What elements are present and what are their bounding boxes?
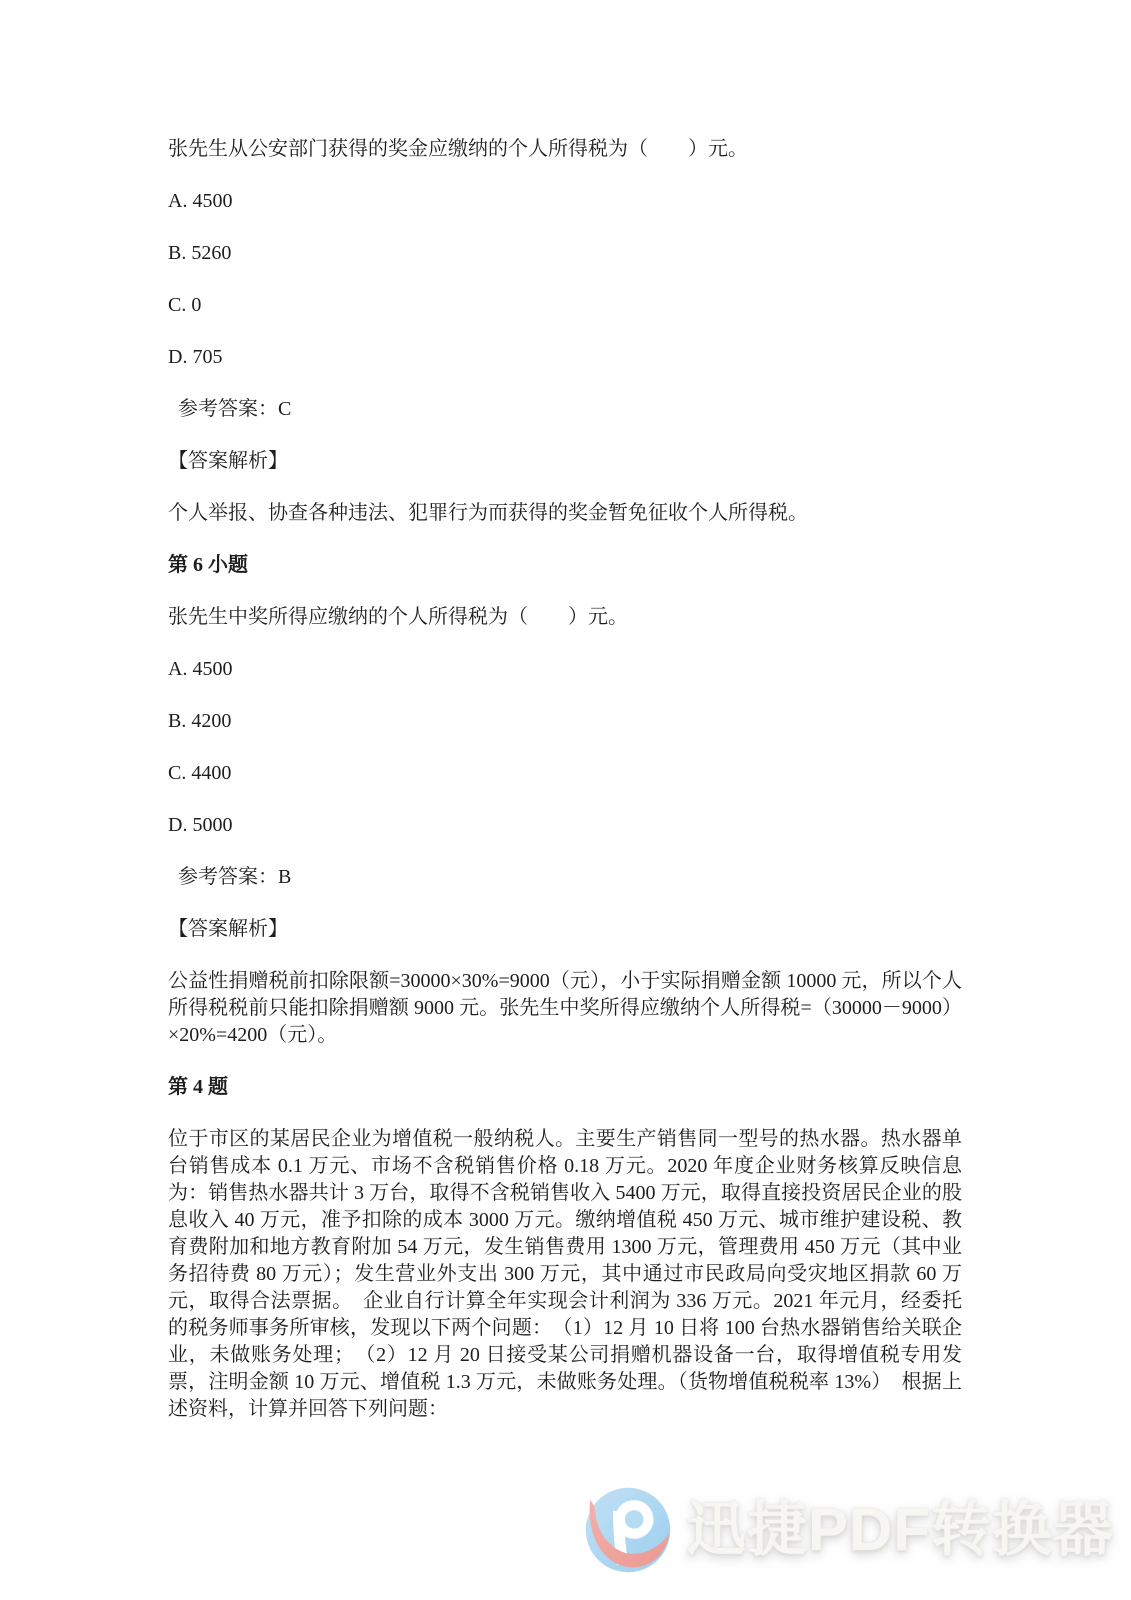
q6-analysis-header: 【答案解析】 [168,916,962,943]
q5-stem: 张先生从公安部门获得的奖金应缴纳的个人所得税为（ ）元。 [168,136,962,163]
q6-option-b: B. 4200 [168,708,962,735]
q4-heading: 第 4 题 [168,1074,962,1101]
q5-option-d: D. 705 [168,344,962,371]
q5-analysis-text: 个人举报、协查各种违法、犯罪行为而获得的奖金暂免征收个人所得税。 [168,500,962,527]
document-content: 张先生从公安部门获得的奖金应缴纳的个人所得税为（ ）元。 A. 4500 B. … [168,136,962,1448]
watermark-text: 迅捷PDF转换器 [686,1486,1114,1574]
q5-option-c: C. 0 [168,292,962,319]
q5-analysis-header: 【答案解析】 [168,448,962,475]
document-page: 张先生从公安部门获得的奖金应缴纳的个人所得税为（ ）元。 A. 4500 B. … [0,0,1131,1600]
q5-option-b: B. 5260 [168,240,962,267]
q4-body: 位于市区的某居民企业为增值税一般纳税人。主要生产销售同一型号的热水器。热水器单台… [168,1126,962,1423]
q6-option-c: C. 4400 [168,760,962,787]
q6-option-a: A. 4500 [168,656,962,683]
watermark: 迅捷PDF转换器 [584,1486,1114,1574]
q5-reference-answer: 参考答案：C [168,396,962,423]
q6-stem: 张先生中奖所得应缴纳的个人所得税为（ ）元。 [168,604,962,631]
pdf-converter-logo-icon [584,1486,672,1574]
q6-heading: 第 6 小题 [168,552,962,579]
q6-reference-answer: 参考答案：B [168,864,962,891]
q5-option-a: A. 4500 [168,188,962,215]
q6-option-d: D. 5000 [168,812,962,839]
q6-analysis-text: 公益性捐赠税前扣除限额=30000×30%=9000（元），小于实际捐赠金额 1… [168,968,962,1049]
